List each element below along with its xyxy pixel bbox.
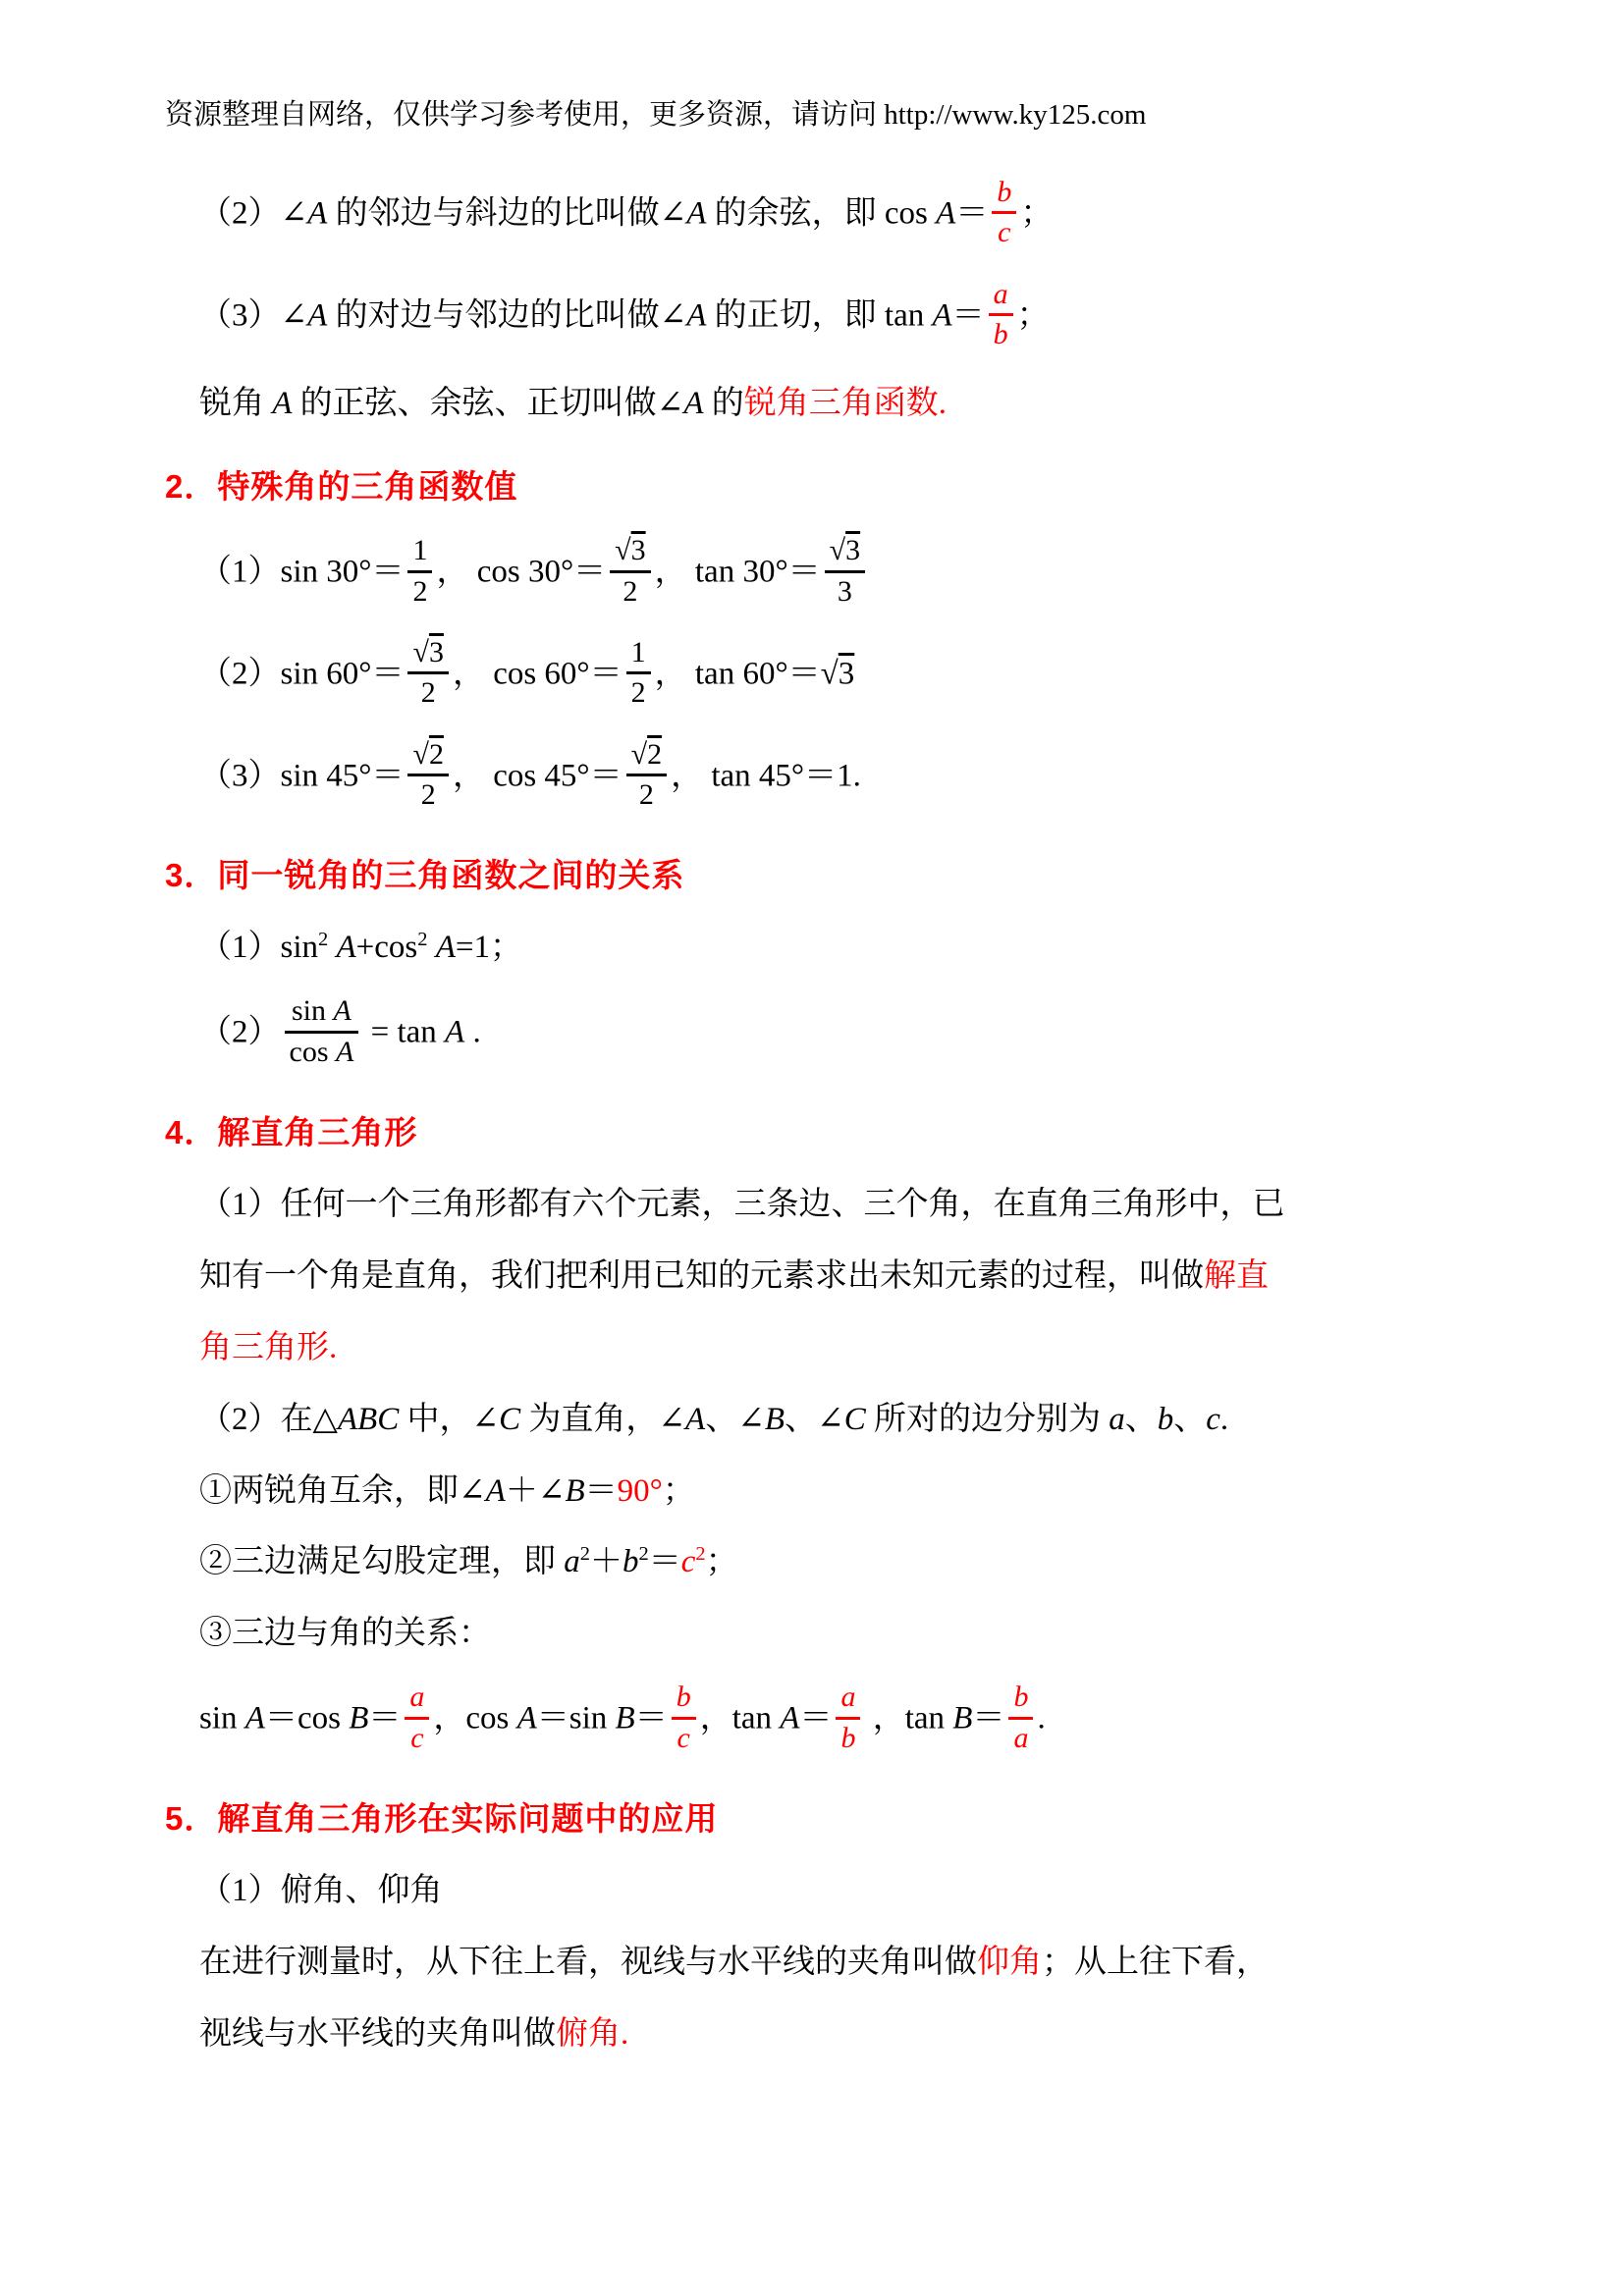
text-run: c: [677, 1722, 690, 1754]
text-run: cos: [290, 1036, 337, 1068]
doc-line: 知有一个角是直角，我们把利用已知的元素求出未知元素的过程，叫做解直: [199, 1255, 1467, 1298]
text-run: 3: [838, 575, 852, 608]
text-run: ， cos 60°＝: [453, 656, 623, 691]
fraction-denominator: 2: [626, 776, 667, 811]
text-run: b: [994, 318, 1008, 350]
fraction: bc: [672, 1682, 696, 1754]
text-run: a: [564, 1544, 580, 1579]
text-run: A: [780, 1701, 799, 1736]
sqrt-expression: √3: [821, 656, 855, 691]
fraction-numerator: √3: [610, 535, 650, 572]
sqrt-expression: √3: [615, 534, 645, 566]
fraction-denominator: a: [1008, 1720, 1033, 1754]
text-run: 角三角形.: [199, 1330, 337, 1365]
text-run: ＝: [799, 1701, 832, 1736]
superscript: 2: [417, 929, 427, 950]
text-run: 、∠: [705, 1402, 765, 1437]
text-run: 的对边与邻边的比叫做∠: [327, 297, 686, 333]
text-run: B: [765, 1402, 785, 1437]
doc-line: （3）sin 45°＝√22， cos 45°＝√22， tan 45°＝1.: [199, 742, 1467, 815]
fraction: √22: [626, 739, 667, 812]
text-run: ABC: [338, 1402, 399, 1437]
text-run: A: [932, 297, 951, 333]
doc-line: 锐角 A 的正弦、余弦、正切叫做∠A 的锐角三角函数.: [199, 383, 1467, 425]
text-run: ②三边满足勾股定理，即: [199, 1544, 564, 1579]
text-run: a: [1013, 1722, 1028, 1754]
text-run: =1；: [456, 930, 522, 965]
text-run: 5．解直角三角形在实际问题中的应用: [165, 1800, 718, 1837]
text-run: a: [994, 278, 1008, 310]
text-run: 锐角三角函数.: [744, 386, 947, 421]
text-run: c: [998, 216, 1010, 248]
fraction: √32: [610, 535, 650, 608]
text-run: B: [616, 1701, 635, 1736]
text-run: +cos: [356, 930, 418, 965]
text-run: 在进行测量时，从下往上看，视线与水平线的夹角叫做: [199, 1945, 977, 1980]
text-run: A: [336, 930, 355, 965]
section-heading: 2．特殊角的三角函数值: [165, 466, 1467, 508]
text-run: 解直: [1204, 1258, 1269, 1294]
superscript: 2: [318, 929, 328, 950]
text-run: A: [486, 1473, 506, 1509]
fraction-denominator: b: [989, 316, 1013, 350]
text-run: A: [517, 1701, 537, 1736]
text-run: 的正弦、余弦、正切叫做∠: [292, 386, 683, 421]
fraction-denominator: cos A: [285, 1034, 359, 1068]
text-run: c: [410, 1722, 423, 1754]
text-run: A: [245, 1701, 265, 1736]
text-run: ＋: [590, 1544, 623, 1579]
text-run: （1）俯角、仰角: [199, 1873, 443, 1908]
doc-line: （1）任何一个三角形都有六个元素，三条边、三个角，在直角三角形中，已: [199, 1184, 1467, 1226]
text-run: 2．特殊角的三角函数值: [165, 468, 517, 505]
text-run: ，tan: [864, 1701, 952, 1736]
text-run: A: [272, 386, 292, 421]
text-run: a: [1109, 1402, 1125, 1437]
fraction: ab: [836, 1682, 860, 1754]
text-run: 俯角.: [556, 2016, 628, 2052]
fraction: ac: [405, 1682, 429, 1754]
text-run: 为直角，∠: [520, 1402, 685, 1437]
text-run: .: [1220, 1402, 1228, 1437]
text-run: 视线与水平线的夹角叫做: [199, 2016, 556, 2052]
fraction-numerator: a: [836, 1682, 860, 1719]
sqrt-expression: √2: [412, 738, 443, 771]
text-run: a: [840, 1681, 855, 1713]
text-run: [427, 930, 435, 965]
fraction-numerator: a: [405, 1682, 429, 1719]
section-heading: 5．解直角三角形在实际问题中的应用: [165, 1798, 1467, 1841]
fraction-denominator: 2: [626, 674, 651, 709]
fraction-numerator: √3: [825, 535, 865, 572]
text-run: 的正切，即 tan: [706, 297, 932, 333]
text-run: 1: [631, 636, 646, 668]
fraction-numerator: b: [672, 1682, 696, 1719]
text-run: 2: [421, 778, 436, 811]
text-run: 、: [1125, 1402, 1158, 1437]
text-run: B: [952, 1701, 972, 1736]
fraction-denominator: 2: [407, 573, 432, 608]
text-run: = tan: [362, 1015, 445, 1050]
text-run: 90°: [618, 1473, 663, 1509]
sqrt-radicand: 2: [429, 738, 444, 771]
doc-line: 在进行测量时，从下往上看，视线与水平线的夹角叫做仰角；从上往下看，: [199, 1942, 1467, 1984]
text-run: 中，∠: [399, 1402, 499, 1437]
text-run: ＝cos: [265, 1701, 349, 1736]
fraction-denominator: c: [405, 1720, 429, 1754]
text-run: b: [840, 1722, 855, 1754]
fraction-denominator: 2: [407, 674, 448, 709]
fraction-denominator: b: [836, 1720, 860, 1754]
doc-line: sin A＝cos B＝ac，cos A＝sin B＝bc，tan A＝ab ，…: [199, 1684, 1467, 1757]
text-run: 3．同一锐角的三角函数之间的关系: [165, 857, 684, 893]
text-run: 仰角: [977, 1945, 1042, 1980]
text-run: 2: [639, 778, 654, 811]
text-run: 的邻边与斜边的比叫做∠: [327, 195, 686, 231]
text-run: 、: [1173, 1402, 1206, 1437]
text-run: A: [686, 297, 706, 333]
doc-body: （2）∠A 的邻边与斜边的比叫做∠A 的余弦，即 cos A＝bc；（3）∠A …: [165, 180, 1467, 2056]
text-run: ；: [1017, 297, 1050, 333]
document-page: 资源整理自网络，仅供学习参考使用，更多资源，请访问 http://www.ky1…: [0, 0, 1624, 2296]
fraction-denominator: 2: [610, 573, 650, 608]
text-run: 2: [631, 676, 646, 709]
text-run: b: [677, 1681, 691, 1713]
doc-line: ③三边与角的关系：: [199, 1613, 1467, 1655]
fraction-denominator: 3: [825, 573, 865, 608]
sqrt-expression: √2: [631, 738, 662, 771]
sqrt-radicand: 3: [429, 636, 444, 668]
text-run: ①两锐角互余，即∠: [199, 1473, 486, 1509]
section-heading: 4．解直角三角形: [165, 1112, 1467, 1154]
text-run: A: [307, 297, 327, 333]
text-run: ；从上往下看，: [1042, 1945, 1269, 1980]
text-run: （1）sin 30°＝: [199, 555, 404, 590]
doc-line: （2）sin 60°＝√32， cos 60°＝12， tan 60°＝√3: [199, 640, 1467, 713]
doc-line: （3）∠A 的对边与邻边的比叫做∠A 的正切，即 tan A＝ab；: [199, 282, 1467, 354]
fraction: √33: [825, 535, 865, 608]
text-run: ＝: [952, 297, 985, 333]
text-run: b: [1013, 1681, 1028, 1713]
text-run: .: [1037, 1701, 1045, 1736]
text-run: 2: [623, 575, 637, 608]
text-run: ；: [706, 1544, 738, 1579]
superscript: 2: [580, 1543, 590, 1565]
sqrt-expression: √3: [412, 636, 443, 668]
fraction-numerator: √2: [407, 739, 448, 776]
fraction: ba: [1008, 1682, 1033, 1754]
text-run: ， tan 30°＝: [655, 555, 821, 590]
text-run: ③三边与角的关系：: [199, 1616, 491, 1651]
text-run: （3）∠: [199, 297, 307, 333]
text-run: A: [685, 1402, 705, 1437]
fraction: √32: [407, 637, 448, 710]
text-run: b: [623, 1544, 639, 1579]
text-run: ；: [663, 1473, 695, 1509]
text-run: （2）在△: [199, 1402, 338, 1437]
text-run: 知有一个角是直角，我们把利用已知的元素求出未知元素的过程，叫做: [199, 1258, 1204, 1294]
text-run: A: [336, 1036, 353, 1068]
text-run: ， cos 45°＝: [453, 758, 623, 793]
text-run: sin: [292, 994, 334, 1027]
fraction: √22: [407, 739, 448, 812]
text-run: a: [409, 1681, 424, 1713]
text-run: 的: [704, 386, 744, 421]
text-run: c: [681, 1544, 696, 1579]
text-run: C: [499, 1402, 520, 1437]
text-run: ＝: [649, 1544, 681, 1579]
text-run: A: [334, 994, 352, 1027]
text-run: （1）任何一个三角形都有六个元素，三条边、三个角，在直角三角形中，已: [199, 1187, 1285, 1222]
text-run: ＝: [955, 195, 988, 231]
fraction-numerator: 1: [407, 535, 432, 572]
doc-line: 视线与水平线的夹角叫做俯角.: [199, 2013, 1467, 2056]
doc-line: （1）sin 30°＝12， cos 30°＝√32， tan 30°＝√33: [199, 538, 1467, 611]
text-run: ，tan: [700, 1701, 781, 1736]
page-header-note: 资源整理自网络，仅供学习参考使用，更多资源，请访问 http://www.ky1…: [165, 98, 1467, 133]
doc-line: （1）俯角、仰角: [199, 1870, 1467, 1912]
sqrt-radicand: 2: [647, 738, 662, 771]
fraction: 12: [407, 535, 432, 608]
text-run: A: [445, 1015, 464, 1050]
text-run: 2: [421, 676, 436, 709]
text-run: ＝sin: [537, 1701, 616, 1736]
fraction-numerator: b: [1008, 1682, 1033, 1719]
text-run: 的余弦，即 cos: [706, 195, 936, 231]
fraction-numerator: sin A: [285, 995, 359, 1033]
doc-line: （2）∠A 的邻边与斜边的比叫做∠A 的余弦，即 cos A＝bc；: [199, 180, 1467, 252]
fraction-numerator: √2: [626, 739, 667, 776]
text-run: ， cos 30°＝: [436, 555, 606, 590]
superscript: 2: [695, 1543, 705, 1565]
text-run: ＝: [635, 1701, 668, 1736]
doc-line: 角三角形.: [199, 1327, 1467, 1369]
text-run: ＝: [368, 1701, 401, 1736]
text-run: （2）: [199, 1015, 281, 1050]
text-run: ；: [1020, 195, 1053, 231]
text-run: 锐角: [199, 386, 272, 421]
sqrt-radicand: 3: [845, 534, 860, 566]
text-run: 4．解直角三角形: [165, 1114, 417, 1150]
doc-line: （2）sin Acos A = tan A .: [199, 998, 1467, 1071]
text-run: ， tan 60°＝: [655, 656, 821, 691]
text-run: ，cos: [433, 1701, 516, 1736]
text-run: ＋∠: [506, 1473, 566, 1509]
text-run: A: [307, 195, 327, 231]
text-run: sin: [199, 1701, 245, 1736]
text-run: A: [683, 386, 703, 421]
text-run: c: [1206, 1402, 1220, 1437]
text-run: 所对的边分别为: [866, 1402, 1110, 1437]
text-run: 1: [412, 534, 427, 566]
text-run: A: [686, 195, 706, 231]
text-run: （2）sin 60°＝: [199, 656, 404, 691]
text-run: .: [464, 1015, 481, 1050]
doc-line: （1）sin2 A+cos2 A=1；: [199, 927, 1467, 969]
fraction-denominator: c: [672, 1720, 696, 1754]
fraction-numerator: a: [989, 279, 1013, 316]
text-run: （2）∠: [199, 195, 307, 231]
text-run: b: [1158, 1402, 1174, 1437]
sqrt-radicand: 3: [631, 534, 646, 566]
fraction: bc: [992, 177, 1016, 249]
text-run: ＝: [972, 1701, 1004, 1736]
text-run: （1）sin: [199, 930, 318, 965]
doc-line: ②三边满足勾股定理，即 a2＋b2＝c2；: [199, 1541, 1467, 1583]
fraction-denominator: c: [992, 214, 1016, 248]
fraction-denominator: 2: [407, 776, 448, 811]
fraction: 12: [626, 637, 651, 710]
text-run: A: [436, 930, 456, 965]
text-run: 、∠: [785, 1402, 844, 1437]
text-run: B: [565, 1473, 584, 1509]
fraction: ab: [989, 279, 1013, 351]
sqrt-expression: √3: [830, 534, 860, 566]
fraction: sin Acos A: [285, 995, 359, 1068]
fraction-numerator: √3: [407, 637, 448, 674]
text-run: B: [349, 1701, 368, 1736]
fraction-numerator: b: [992, 177, 1016, 214]
doc-line: ①两锐角互余，即∠A＋∠B＝90°；: [199, 1470, 1467, 1513]
doc-line: （2）在△ABC 中，∠C 为直角，∠A、∠B、∠C 所对的边分别为 a、b、c…: [199, 1399, 1467, 1441]
text-run: 2: [412, 575, 427, 608]
text-run: b: [997, 176, 1011, 208]
sqrt-radicand: 3: [839, 656, 855, 691]
text-run: ， tan 45°＝1.: [671, 758, 861, 793]
fraction-numerator: 1: [626, 637, 651, 674]
text-run: （3）sin 45°＝: [199, 758, 404, 793]
text-run: C: [844, 1402, 866, 1437]
text-run: A: [936, 195, 955, 231]
text-run: ＝: [585, 1473, 618, 1509]
section-heading: 3．同一锐角的三角函数之间的关系: [165, 855, 1467, 897]
superscript: 2: [638, 1543, 648, 1565]
